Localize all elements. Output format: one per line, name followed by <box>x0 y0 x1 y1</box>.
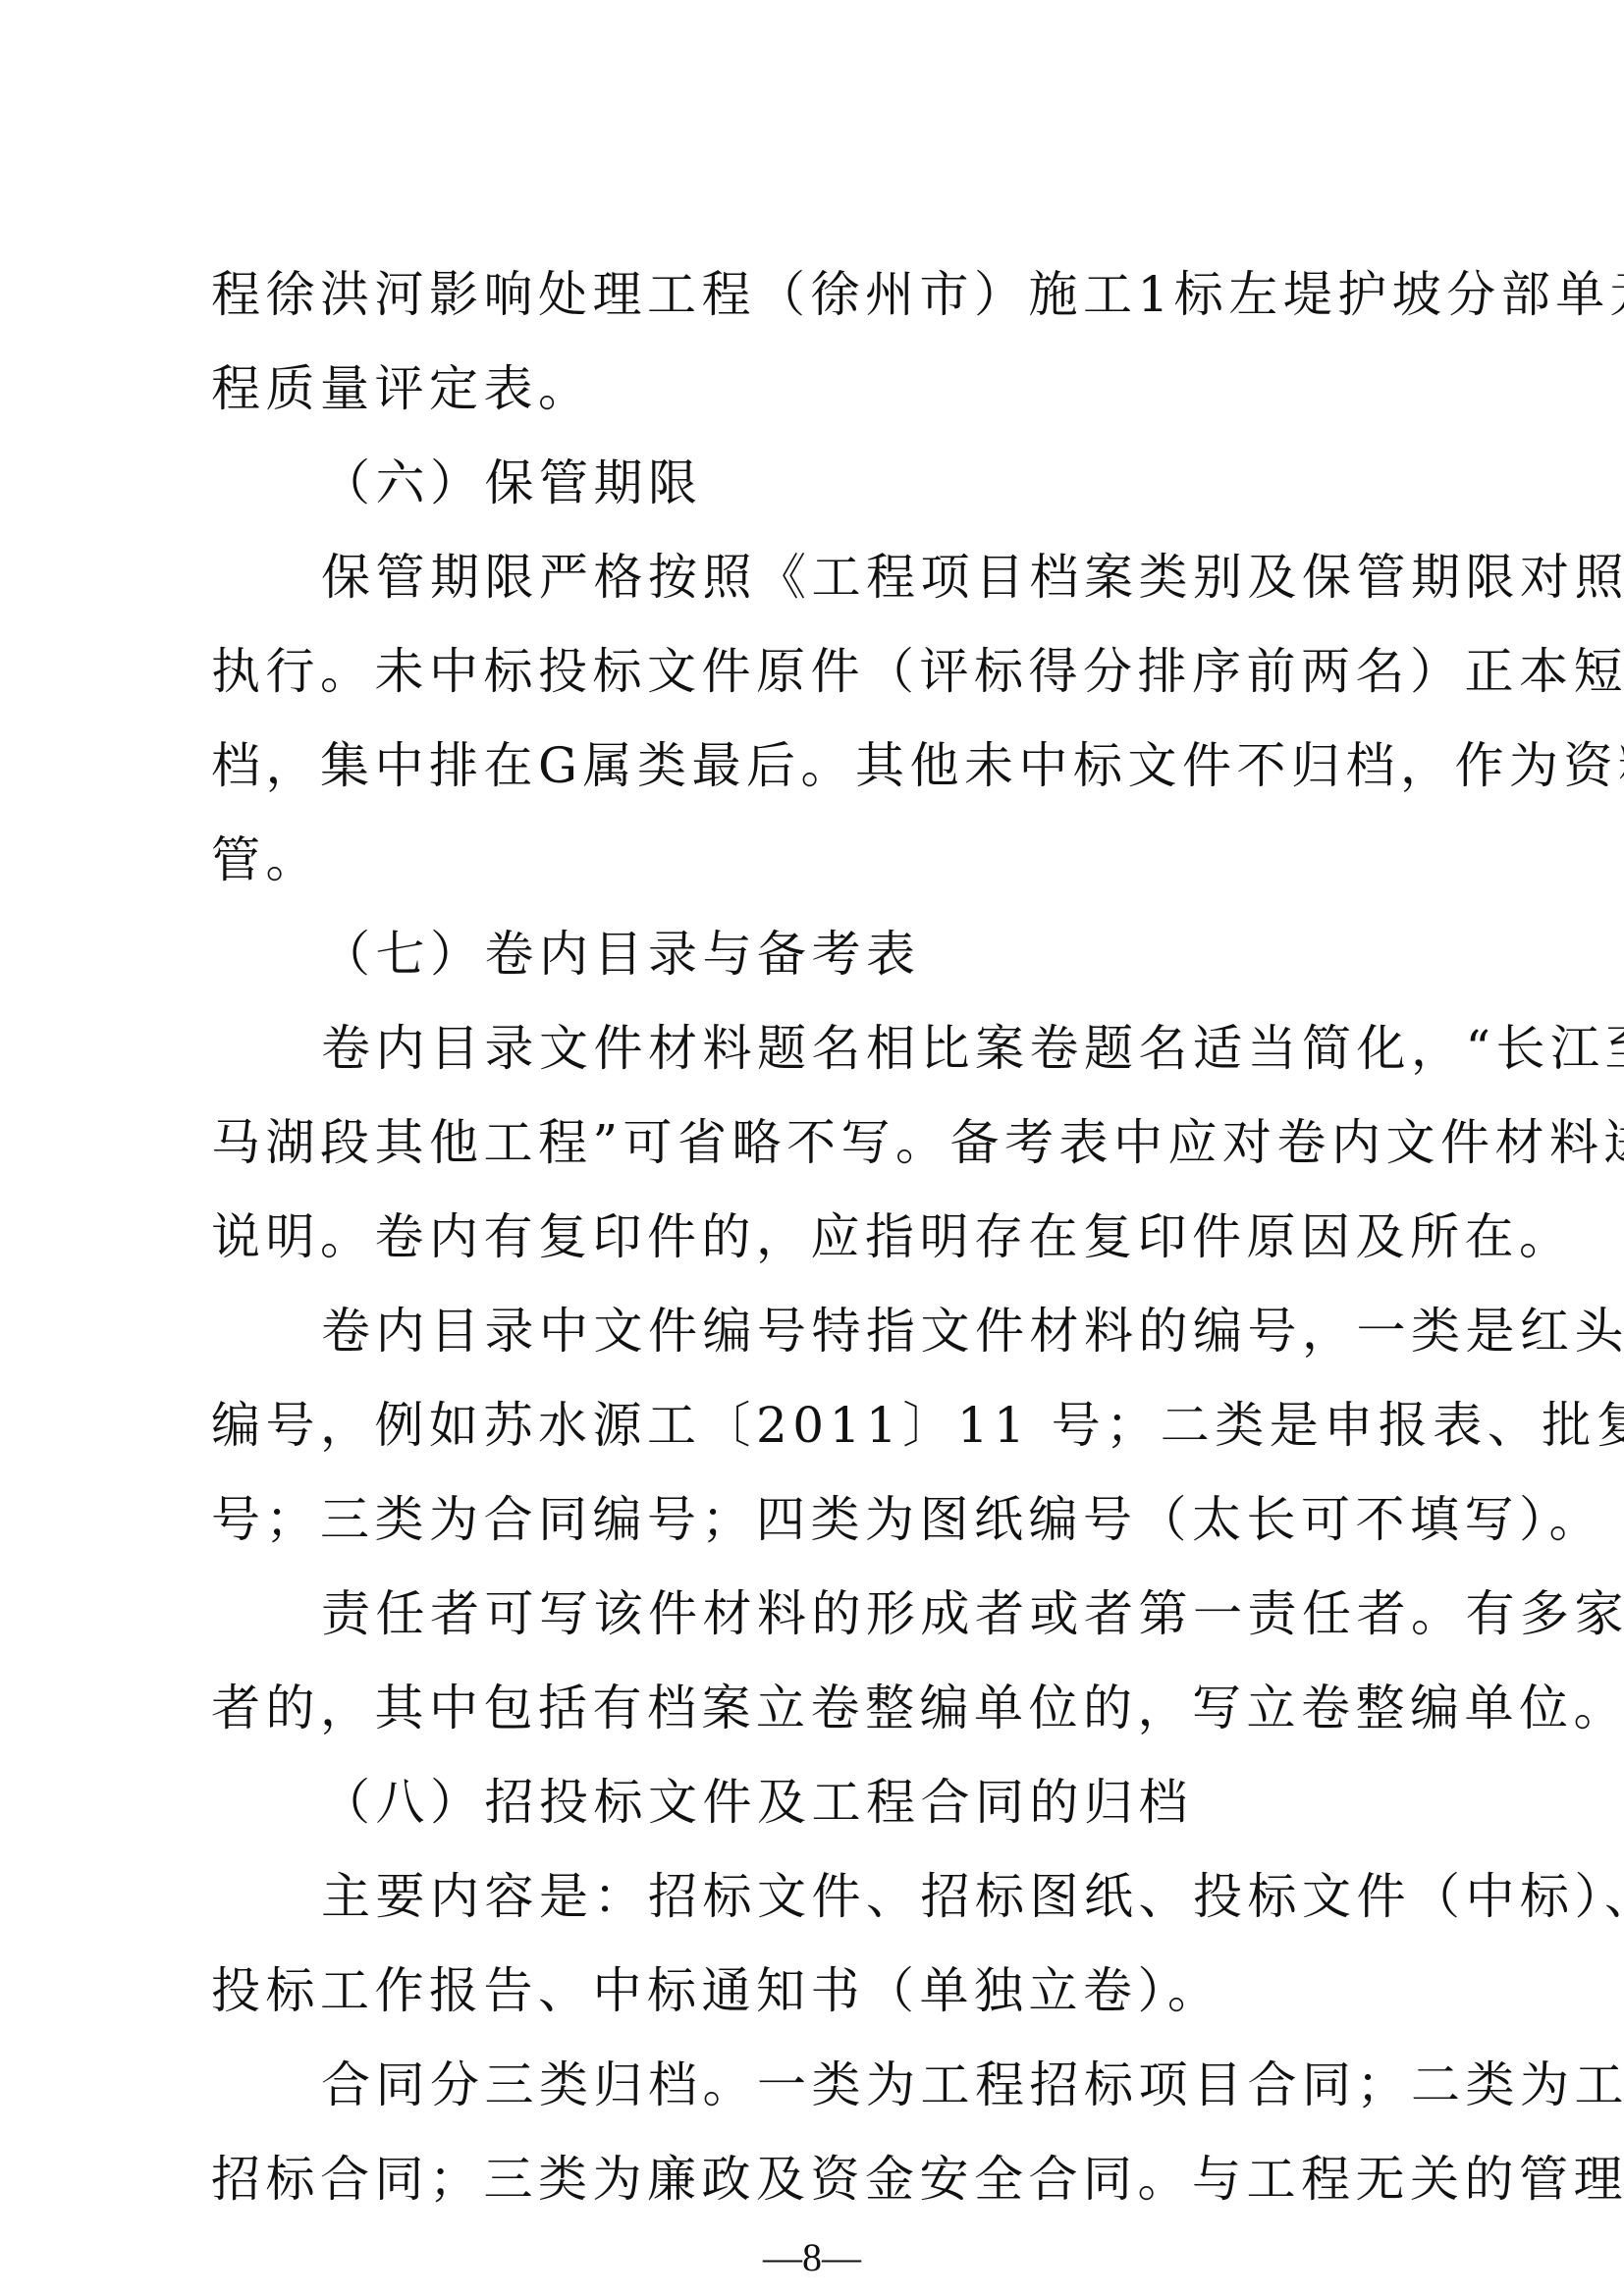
text-line: 卷内目录中文件编号特指文件材料的编号，一类是红头文件 <box>211 1284 1429 1378</box>
text-line: 招标合同；三类为廉政及资金安全合同。与工程无关的管理类协 <box>211 2132 1429 2226</box>
text-line: 卷内目录文件材料题名相比案卷题名适当简化，“长江至骆 <box>211 1001 1429 1095</box>
document-page: 程徐洪河影响处理工程（徐州市）施工1标左堤护坡分部单元工 程质量评定表。 （六）… <box>0 0 1624 2296</box>
text-line: 号；三类为合同编号；四类为图纸编号（太长可不填写）。 <box>211 1472 1429 1567</box>
text-line: 马湖段其他工程”可省略不写。备考表中应对卷内文件材料进行 <box>211 1095 1429 1190</box>
text-line: 执行。未中标投标文件原件（评标得分排序前两名）正本短期归 <box>211 624 1429 719</box>
text-line: 投标工作报告、中标通知书（单独立卷）。 <box>211 1944 1429 2038</box>
text-line: 编号，例如苏水源工〔2011〕11 号；二类是申报表、批复表编 <box>211 1378 1429 1472</box>
text-line: 档，集中排在G属类最后。其他未中标文件不归档，作为资料保 <box>211 719 1429 813</box>
text-line: 责任者可写该件材料的形成者或者第一责任者。有多家责任 <box>211 1567 1429 1661</box>
text-line: 说明。卷内有复印件的，应指明存在复印件原因及所在。 <box>211 1190 1429 1284</box>
section-heading: （六）保管期限 <box>211 436 1429 530</box>
text-line: 者的，其中包括有档案立卷整编单位的，写立卷整编单位。 <box>211 1661 1429 1755</box>
page-number: —8— <box>0 2228 1624 2287</box>
text-line: 管。 <box>211 813 1429 907</box>
text-line: 主要内容是：招标文件、招标图纸、投标文件（中标）、招 <box>211 1849 1429 1944</box>
section-heading: （七）卷内目录与备考表 <box>211 907 1429 1001</box>
text-line: 程质量评定表。 <box>211 342 1429 436</box>
text-line: 程徐洪河影响处理工程（徐州市）施工1标左堤护坡分部单元工 <box>211 247 1429 342</box>
text-line: 合同分三类归档。一类为工程招标项目合同；二类为工程非 <box>211 2038 1429 2132</box>
section-heading: （八）招投标文件及工程合同的归档 <box>211 1755 1429 1849</box>
text-line: 保管期限严格按照《工程项目档案类别及保管期限对照表》 <box>211 530 1429 624</box>
